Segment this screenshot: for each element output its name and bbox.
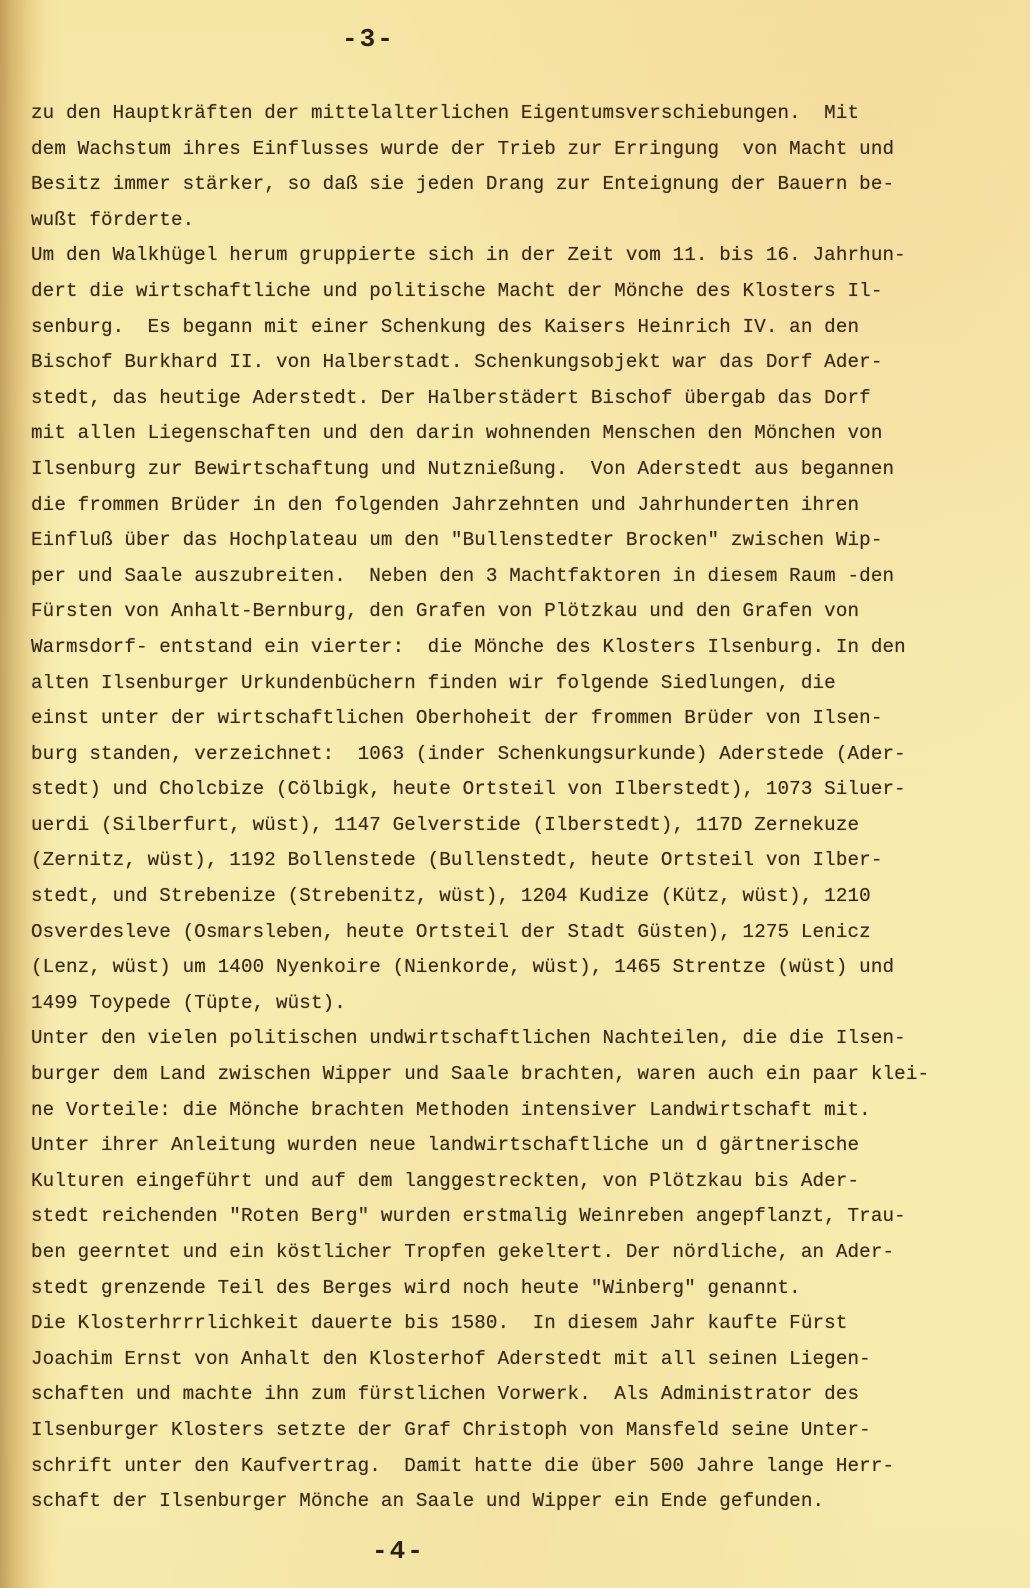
text-line: alten Ilsenburger Urkundenbüchern finden…	[31, 666, 991, 702]
text-line: Unter den vielen politischen undwirtscha…	[31, 1021, 991, 1057]
text-line: Kulturen eingeführt und auf dem langgest…	[31, 1164, 991, 1200]
text-line: schaften und machte ihn zum fürstlichen …	[31, 1377, 991, 1413]
text-line: zu den Hauptkräften der mittelalterliche…	[31, 96, 991, 132]
text-line: Osverdesleve (Osmarsleben, heute Ortstei…	[31, 915, 991, 951]
text-line: Joachim Ernst von Anhalt den Klosterhof …	[31, 1342, 991, 1378]
page-number-header: -3-	[342, 24, 395, 54]
text-line: die frommen Brüder in den folgenden Jahr…	[31, 488, 991, 524]
document-body: zu den Hauptkräften der mittelalterliche…	[31, 96, 991, 1520]
text-line: ne Vorteile: die Mönche brachten Methode…	[31, 1093, 991, 1129]
text-line: einst unter der wirtschaftlichen Oberhoh…	[31, 701, 991, 737]
text-line: burger dem Land zwischen Wipper und Saal…	[31, 1057, 991, 1093]
text-line: dert die wirtschaftliche und politische …	[31, 274, 991, 310]
text-line: Ilsenburger Klosters setzte der Graf Chr…	[31, 1413, 991, 1449]
text-line: mit allen Liegenschaften und den darin w…	[31, 416, 991, 452]
text-line: schaft der Ilsenburger Mönche an Saale u…	[31, 1484, 991, 1520]
text-line: Bischof Burkhard II. von Halberstadt. Sc…	[31, 345, 991, 381]
text-line: stedt) und Cholcbize (Cölbigk, heute Ort…	[31, 772, 991, 808]
text-line: Um den Walkhügel herum gruppierte sich i…	[31, 238, 991, 274]
text-line: (Lenz, wüst) um 1400 Nyenkoire (Nienkord…	[31, 950, 991, 986]
text-line: 1499 Toypede (Tüpte, wüst).	[31, 986, 991, 1022]
text-line: burg standen, verzeichnet: 1063 (inder S…	[31, 737, 991, 773]
text-line: stedt reichenden "Roten Berg" wurden ers…	[31, 1199, 991, 1235]
text-line: Einfluß über das Hochplateau um den "Bul…	[31, 523, 991, 559]
text-line: stedt grenzende Teil des Berges wird noc…	[31, 1271, 991, 1307]
text-line: Unter ihrer Anleitung wurden neue landwi…	[31, 1128, 991, 1164]
text-line: schrift unter den Kaufvertrag. Damit hat…	[31, 1449, 991, 1485]
text-line: ben geerntet und ein köstlicher Tropfen …	[31, 1235, 991, 1271]
text-line: uerdi (Silberfurt, wüst), 1147 Gelversti…	[31, 808, 991, 844]
text-line: Fürsten von Anhalt-Bernburg, den Grafen …	[31, 594, 991, 630]
text-line: stedt, und Strebenize (Strebenitz, wüst)…	[31, 879, 991, 915]
text-line: senburg. Es begann mit einer Schenkung d…	[31, 310, 991, 346]
text-line: Ilsenburg zur Bewirtschaftung und Nutzni…	[31, 452, 991, 488]
text-line: stedt, das heutige Aderstedt. Der Halber…	[31, 381, 991, 417]
text-line: dem Wachstum ihres Einflusses wurde der …	[31, 132, 991, 168]
text-line: Die Klosterhrrrlichkeit dauerte bis 1580…	[31, 1306, 991, 1342]
text-line: (Zernitz, wüst), 1192 Bollenstede (Bulle…	[31, 843, 991, 879]
text-line: Besitz immer stärker, so daß sie jeden D…	[31, 167, 991, 203]
text-line: per und Saale auszubreiten. Neben den 3 …	[31, 559, 991, 595]
text-line: Warmsdorf- entstand ein vierter: die Mön…	[31, 630, 991, 666]
text-line: wußt förderte.	[31, 203, 991, 239]
page-number-footer: -4-	[372, 1536, 425, 1566]
